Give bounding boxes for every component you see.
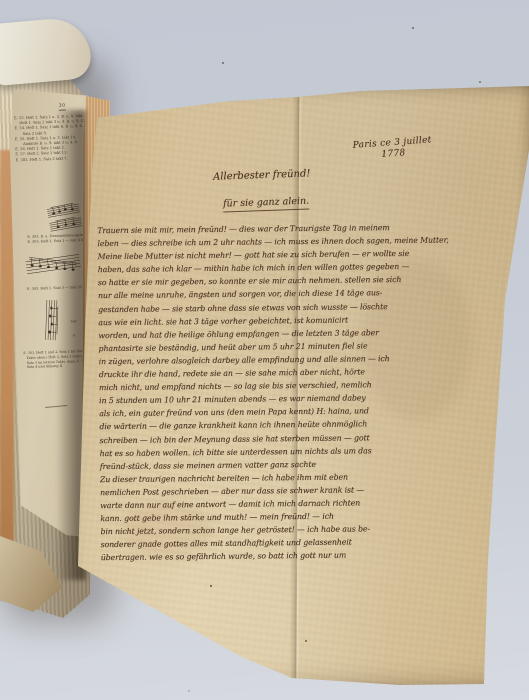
curled-page-corner <box>0 16 93 86</box>
dust-speck <box>188 690 190 692</box>
edge-shading <box>62 80 529 688</box>
dust-speck <box>222 62 224 64</box>
book-spine-edge <box>0 150 14 600</box>
dust-speck <box>305 640 307 642</box>
dust-speck <box>210 585 212 587</box>
dust-speck <box>412 27 414 29</box>
dust-speck <box>479 81 481 83</box>
handwritten-letter-page: Paris ce 3 juillet 1778 Allerbester freü… <box>62 80 529 688</box>
photo-of-open-book: 30 E. 53. Heft 1. Satz 1 u. 2. B. u. S. … <box>0 0 529 700</box>
